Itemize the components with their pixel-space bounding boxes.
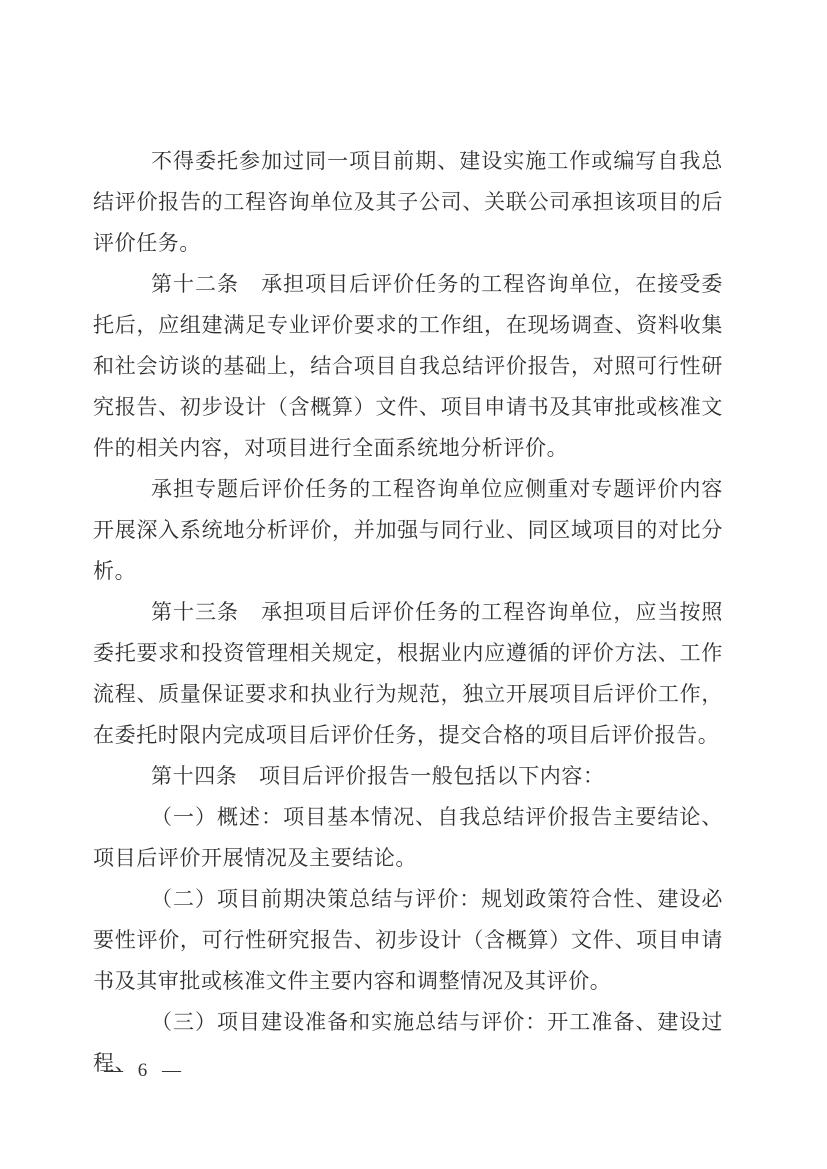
document-page: 不得委托参加过同一项目前期、建设实施工作或编写自我总结评价报告的工程咨询单位及其… <box>0 0 827 1169</box>
paragraph-article-14: 第十四条 项目后评价报告一般包括以下内容： <box>93 756 723 797</box>
paragraph-continuation-entrustment-restriction: 不得委托参加过同一项目前期、建设实施工作或编写自我总结评价报告的工程咨询单位及其… <box>93 141 723 264</box>
paragraph-article-13: 第十三条 承担项目后评价任务的工程咨询单位，应当按照委托要求和投资管理相关规定，… <box>93 592 723 756</box>
paragraph-special-topic-evaluation: 承担专题后评价任务的工程咨询单位应侧重对专题评价内容开展深入系统地分析评价，并加… <box>93 469 723 592</box>
paragraph-item-1-overview: （一）概述：项目基本情况、自我总结评价报告主要结论、项目后评价开展情况及主要结论… <box>93 797 723 879</box>
document-body: 不得委托参加过同一项目前期、建设实施工作或编写自我总结评价报告的工程咨询单位及其… <box>93 141 723 1084</box>
page-number: — 6 — <box>104 1056 186 1086</box>
paragraph-item-2-early-stage-decision: （二）项目前期决策总结与评价：规划政策符合性、建设必要性评价，可行性研究报告、初… <box>93 879 723 1002</box>
paragraph-article-12: 第十二条 承担项目后评价任务的工程咨询单位，在接受委托后，应组建满足专业评价要求… <box>93 264 723 469</box>
paragraph-item-3-construction-preparation: （三）项目建设准备和实施总结与评价：开工准备、建设过程、 <box>93 1002 723 1084</box>
